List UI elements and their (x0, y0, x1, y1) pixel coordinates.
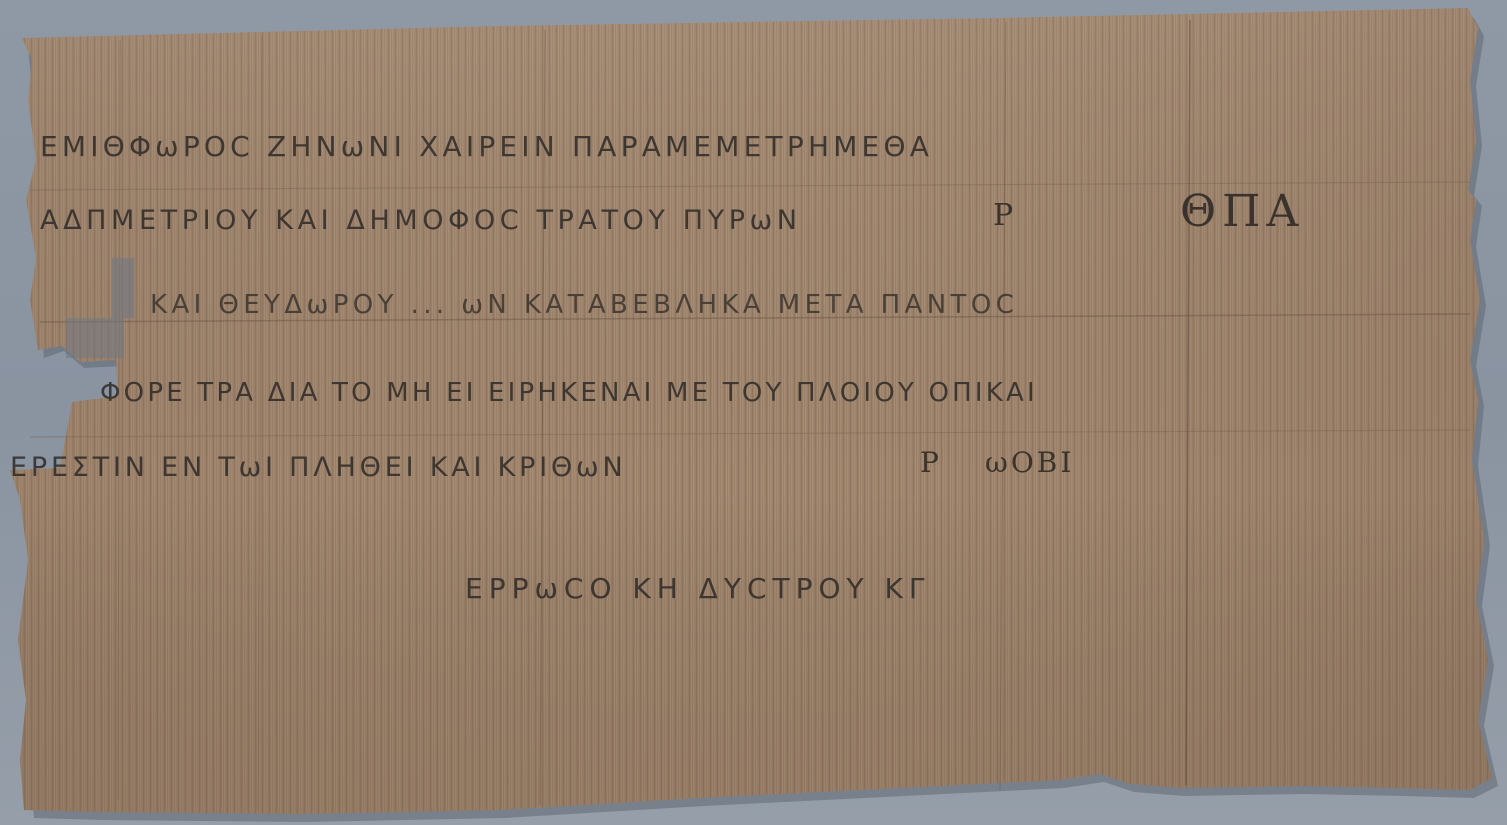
text-line-4: ΦΟΡΕ ΤΡΑ ΔΙΑ ΤΟ ΜΗ ΕΙ ΕΙΡΗΚΕΝΑΙ ΜΕ ΤΟΥ Π… (100, 378, 1038, 408)
damage-patch (66, 318, 124, 358)
numeral-mark: Ρ (920, 446, 939, 479)
papyrus-sheet (0, 0, 1507, 825)
numeral-large: ΘΠΑ (1180, 186, 1304, 237)
numeral-end: ωΟΒΙ (985, 446, 1074, 479)
text-line-3: ΚΑΙ ΘΕΥΔωΡΟΥ ... ωΝ ΚΑΤΑΒΕΒΛΗΚΑ ΜΕΤΑ ΠΑΝ… (150, 290, 1018, 320)
text-line-6: ΕΡΡωCΟ ΚΗ ΔΥCΤΡΟΥ ΚΓ (465, 572, 931, 605)
papyrus-photo: ΕΜΙΘΦωΡΟC ΖΗΝωΝΙ ΧΑΙΡΕΙΝ ΠΑΡΑΜΕΜΕΤΡΗΜΕΘΑ… (0, 0, 1507, 825)
text-line-1: ΕΜΙΘΦωΡΟC ΖΗΝωΝΙ ΧΑΙΡΕΙΝ ΠΑΡΑΜΕΜΕΤΡΗΜΕΘΑ (40, 130, 933, 163)
damage-patch (112, 258, 134, 318)
text-line-2: ΑΔΠΜΕΤΡΙΟΥ ΚΑΙ ΔΗΜΟΦΟC ΤΡΑΤΟΥ ΠΥΡωΝ (40, 205, 802, 236)
numeral-mark: Ρ (993, 198, 1013, 233)
text-line-5: ΕΡΕΣΤΙΝ ΕΝ ΤωΙ ΠΛΗΘΕΙ ΚΑΙ ΚΡΙΘωΝ (10, 452, 626, 483)
